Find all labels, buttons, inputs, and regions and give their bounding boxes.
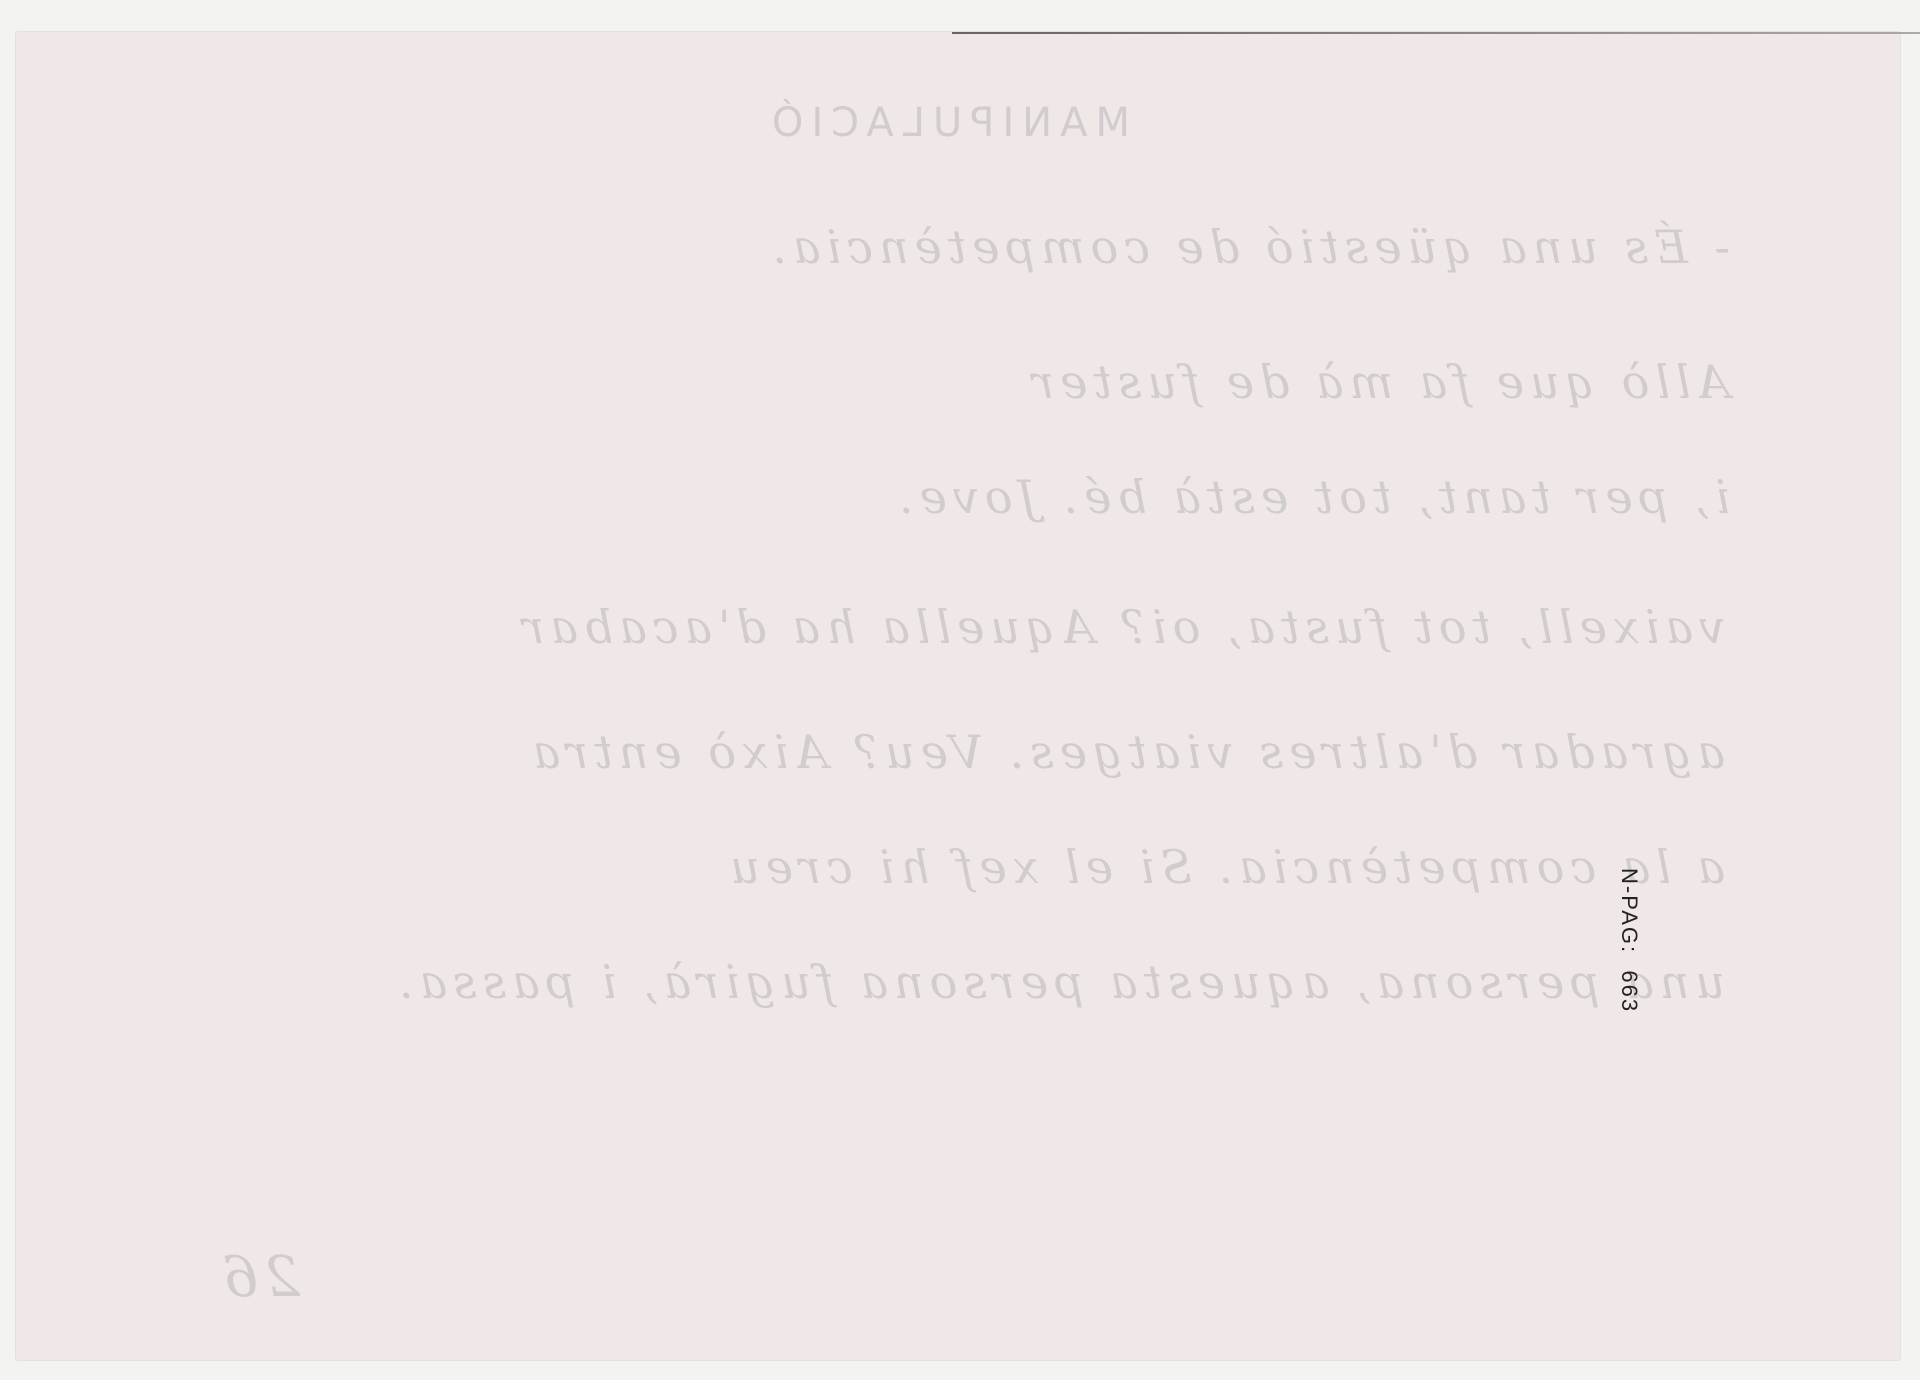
- show-through-layer: MANIPULACIÓ - És una qüestió de competèn…: [0, 0, 1920, 1380]
- show-through-title: MANIPULACIÓ: [764, 100, 1130, 146]
- archive-stamp: N-PAG: 663: [1616, 868, 1642, 1013]
- show-through-line: agradar d'altres viatges. Veu? Això entr…: [527, 725, 1725, 779]
- show-through-line: vaixell, tot fusta, oi? Aquella ha d'aca…: [516, 600, 1725, 654]
- show-through-line: una persona, aquesta persona fugirà, i p…: [393, 955, 1725, 1009]
- show-through-line: i, per tant, tot està bé. Jove.: [893, 470, 1730, 524]
- show-through-line: - És una qüestió de competència.: [766, 220, 1730, 274]
- show-through-line: a la competència. Si el xef hi creu: [724, 840, 1725, 894]
- show-through-line: Allò que fa mà de fuster: [1026, 355, 1730, 409]
- show-through-page-number: 26: [217, 1245, 300, 1310]
